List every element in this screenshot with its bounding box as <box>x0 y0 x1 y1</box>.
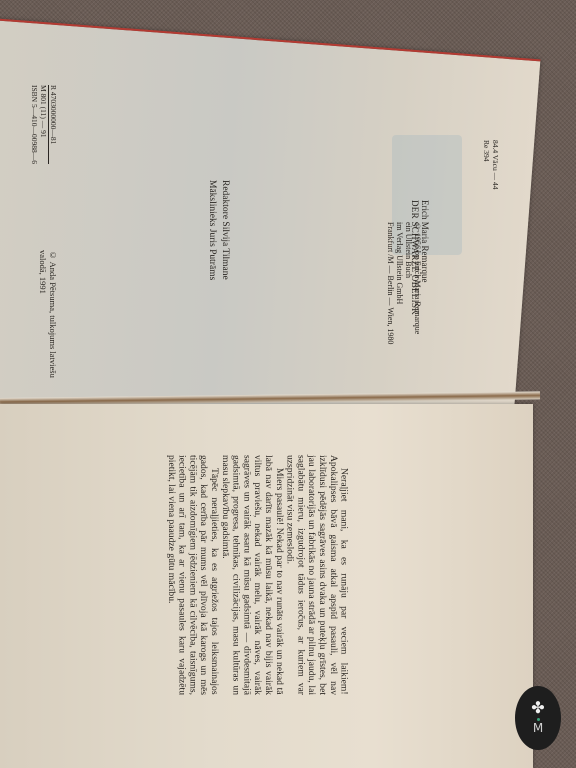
paragraph: Miers pasaulē! Nekad par to nav runāts v… <box>219 455 284 695</box>
editors-credits: Redaktore Silvija Tilmane Mākslinieks Ju… <box>205 180 231 280</box>
chapter-text: Neraļjiet mani, ka es runāju par veciem … <box>165 455 349 695</box>
artist: Mākslinieks Juris Putrāms <box>205 180 218 280</box>
flower-monogram-icon: ✤ <box>531 701 544 717</box>
catalog-codes: R 4703000000—81 M 801 (11) — 91 ISBN 5—4… <box>30 85 58 164</box>
bibliographic-code: 84.4 Vācu — 44 Re 394 <box>482 140 500 189</box>
original-copyright: © 1956 by Erich Maria Remarque ein Ullst… <box>386 222 422 344</box>
watermark-letter: M <box>533 722 543 735</box>
editor: Redaktore Silvija Tilmane <box>218 180 231 280</box>
paragraph: Tāpēc neraļjieties, ka es atgriežos tajo… <box>165 455 219 695</box>
translation-copyright: © Anda Pētsuma, tulkojums latviešu valod… <box>38 250 58 378</box>
watermark-badge: ✤ M <box>515 686 561 750</box>
paragraph: Neraļjiet mani, ka es runāju par veciem … <box>284 455 349 695</box>
